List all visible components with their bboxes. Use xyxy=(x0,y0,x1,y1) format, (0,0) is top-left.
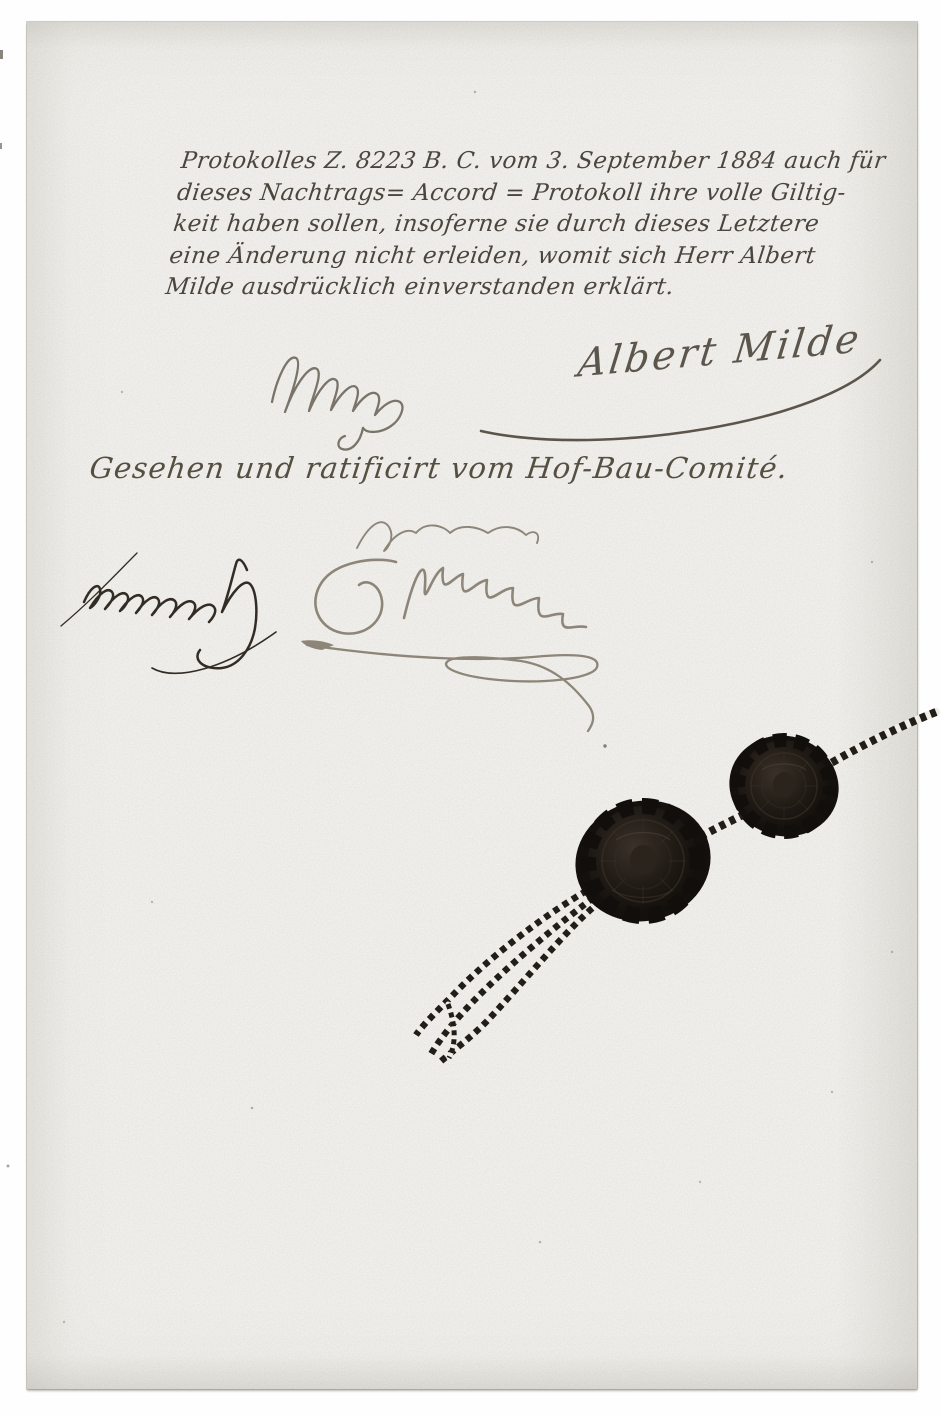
body-text-line-2: dieses Nachtrags= Accord = Protokoll ihr… xyxy=(175,178,883,210)
document-body-text: Protokolles Z. 8223 B. C. vom 3. Septemb… xyxy=(164,146,888,304)
body-text-line-4: eine Änderung nicht erleiden, womit sich… xyxy=(168,241,876,273)
ratification-line: Gesehen und ratificirt vom Hof-Bau-Comit… xyxy=(88,451,791,485)
body-text-line-3: keit haben sollen, insoferne sie durch d… xyxy=(171,209,879,241)
scan-background: { "document": { "body_lines": [ "Protoko… xyxy=(0,0,940,1415)
body-text-line-5: Milde ausdrücklich einverstanden erklärt… xyxy=(164,272,872,304)
body-text-line-1: Protokolles Z. 8223 B. C. vom 3. Septemb… xyxy=(179,146,887,178)
